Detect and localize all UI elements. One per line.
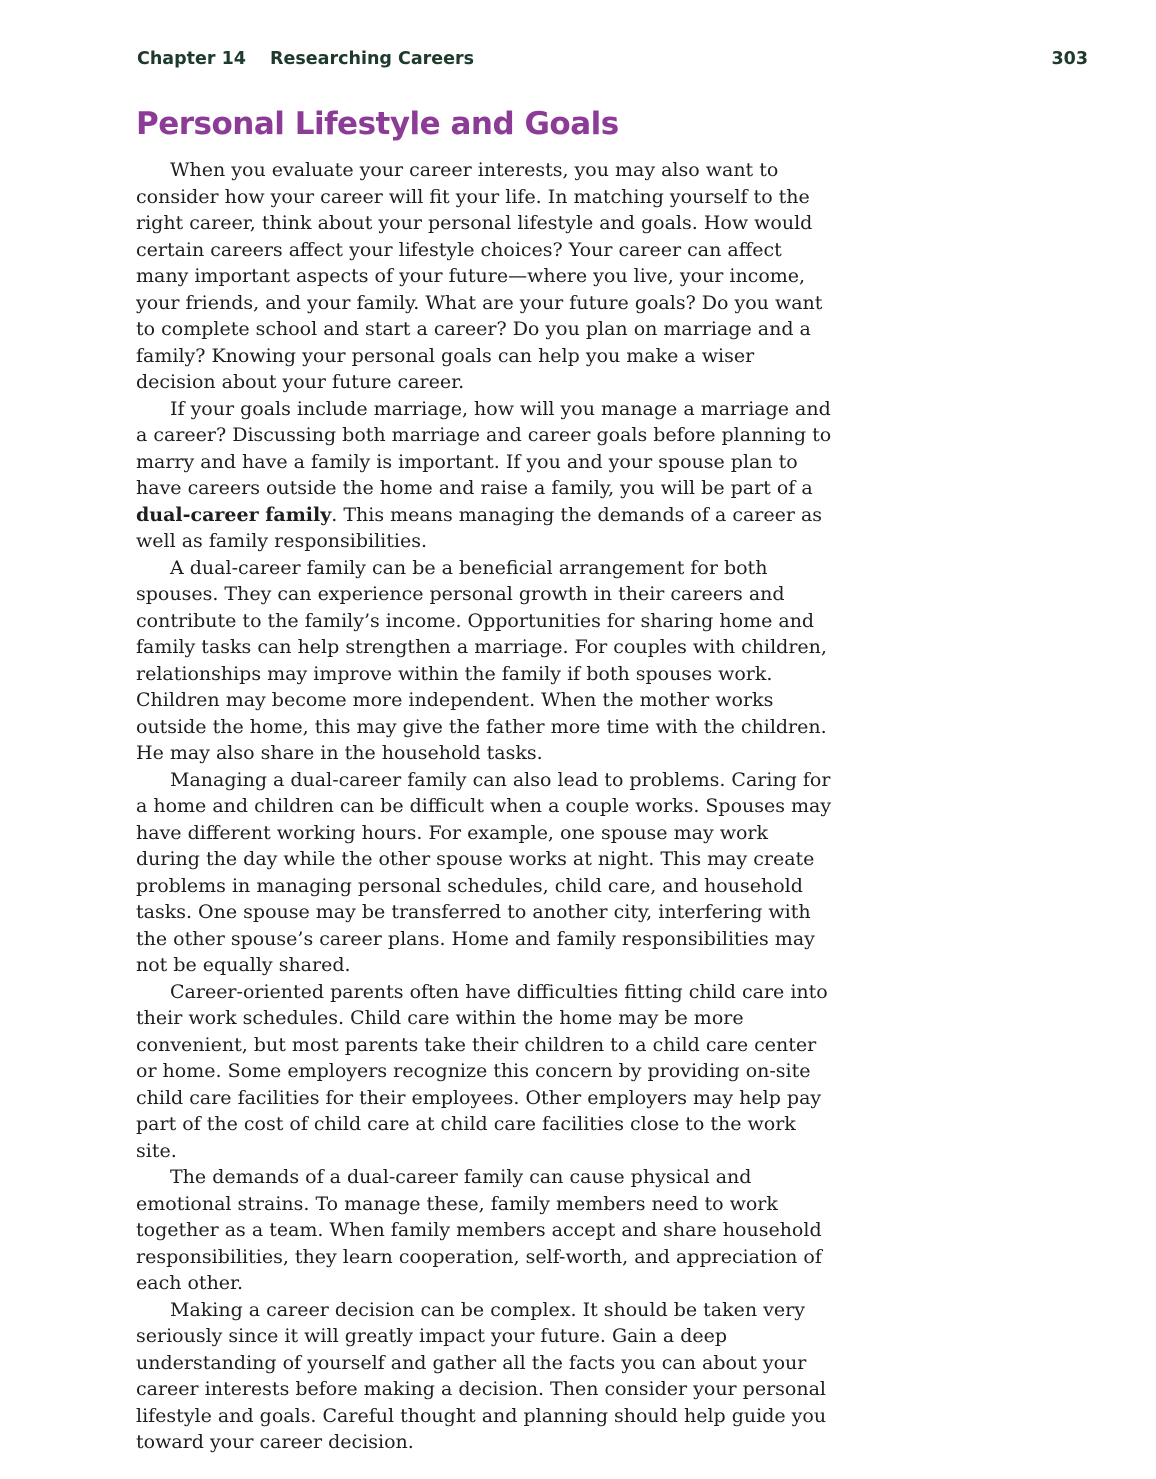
section-title: Personal Lifestyle and Goals (136, 106, 619, 142)
page-number: 303 (1051, 49, 1088, 69)
chapter-title: Researching Careers (270, 49, 474, 69)
paragraph-3: A dual-career family can be a beneficial… (136, 555, 836, 767)
paragraph-2: If your goals include marriage, how will… (136, 396, 836, 555)
paragraph-5: Career-oriented parents often have diffi… (136, 979, 836, 1165)
paragraph-2-intro: If your goals include marriage, how will… (136, 398, 831, 500)
body-text: When you evaluate your career interests,… (136, 157, 836, 1456)
running-header: Chapter 14 Researching Careers 303 (137, 49, 1088, 69)
key-term-dual-career-family: dual-career family (136, 504, 331, 526)
paragraph-6: The demands of a dual-career family can … (136, 1164, 836, 1297)
chapter-heading: Chapter 14 Researching Careers (137, 49, 474, 69)
chapter-label: Chapter 14 (137, 49, 246, 69)
paragraph-1: When you evaluate your career interests,… (136, 157, 836, 396)
paragraph-4: Managing a dual-career family can also l… (136, 767, 836, 979)
paragraph-7: Making a career decision can be complex.… (136, 1297, 836, 1456)
